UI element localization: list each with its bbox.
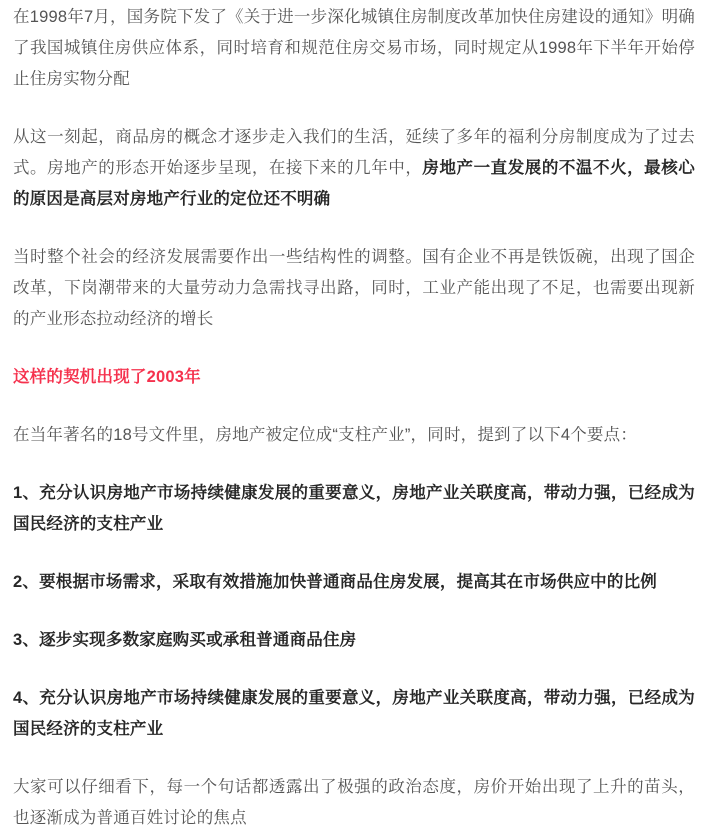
point-text: 4、充分认识房地产市场持续健康发展的重要意义，房地产业关联度高，带动力强，已经成… (13, 689, 695, 738)
article-body: 在1998年7月，国务院下发了《关于进一步深化城镇住房制度改革加快住房建设的通知… (0, 0, 707, 834)
paragraph-commodity-housing: 从这一刻起，商品房的概念才逐步走入我们的生活，延续了多年的福利分房制度成为了过去… (13, 122, 695, 215)
point-2: 2、要根据市场需求，采取有效措施加快普通商品住房发展，提高其在市场供应中的比例 (13, 567, 695, 598)
point-4: 4、充分认识房地产市场持续健康发展的重要意义，房地产业关联度高，带动力强，已经成… (13, 683, 695, 745)
heading-text: 这样的契机出现了2003年 (13, 368, 201, 386)
paragraph-text: 在1998年7月，国务院下发了《关于进一步深化城镇住房制度改革加快住房建设的通知… (13, 8, 695, 88)
paragraph-text: 在当年著名的18号文件里，房地产被定位成“支柱产业”，同时，提到了以下4个要点： (13, 426, 637, 444)
point-3: 3、逐步实现多数家庭购买或承租普通商品住房 (13, 625, 695, 656)
point-1: 1、充分认识房地产市场持续健康发展的重要意义，房地产业关联度高，带动力强，已经成… (13, 478, 695, 540)
point-text: 1、充分认识房地产市场持续健康发展的重要意义，房地产业关联度高，带动力强，已经成… (13, 484, 695, 533)
point-text: 3、逐步实现多数家庭购买或承租普通商品住房 (13, 631, 356, 649)
paragraph-text: 当时整个社会的经济发展需要作出一些结构性的调整。国有企业不再是铁饭碗，出现了国企… (13, 248, 695, 328)
paragraph-text: 大家可以仔细看下，每一个句话都透露出了极强的政治态度，房价开始出现了上升的苗头，… (13, 778, 695, 827)
paragraph-document-18: 在当年著名的18号文件里，房地产被定位成“支柱产业”，同时，提到了以下4个要点： (13, 420, 695, 451)
paragraph-economic-adjustment: 当时整个社会的经济发展需要作出一些结构性的调整。国有企业不再是铁饭碗，出现了国企… (13, 242, 695, 335)
point-text: 2、要根据市场需求，采取有效措施加快普通商品住房发展，提高其在市场供应中的比例 (13, 573, 657, 591)
paragraph-policy-1998: 在1998年7月，国务院下发了《关于进一步深化城镇住房制度改革加快住房建设的通知… (13, 2, 695, 95)
paragraph-conclusion: 大家可以仔细看下，每一个句话都透露出了极强的政治态度，房价开始出现了上升的苗头，… (13, 772, 695, 834)
heading-2003-opportunity: 这样的契机出现了2003年 (13, 362, 695, 393)
